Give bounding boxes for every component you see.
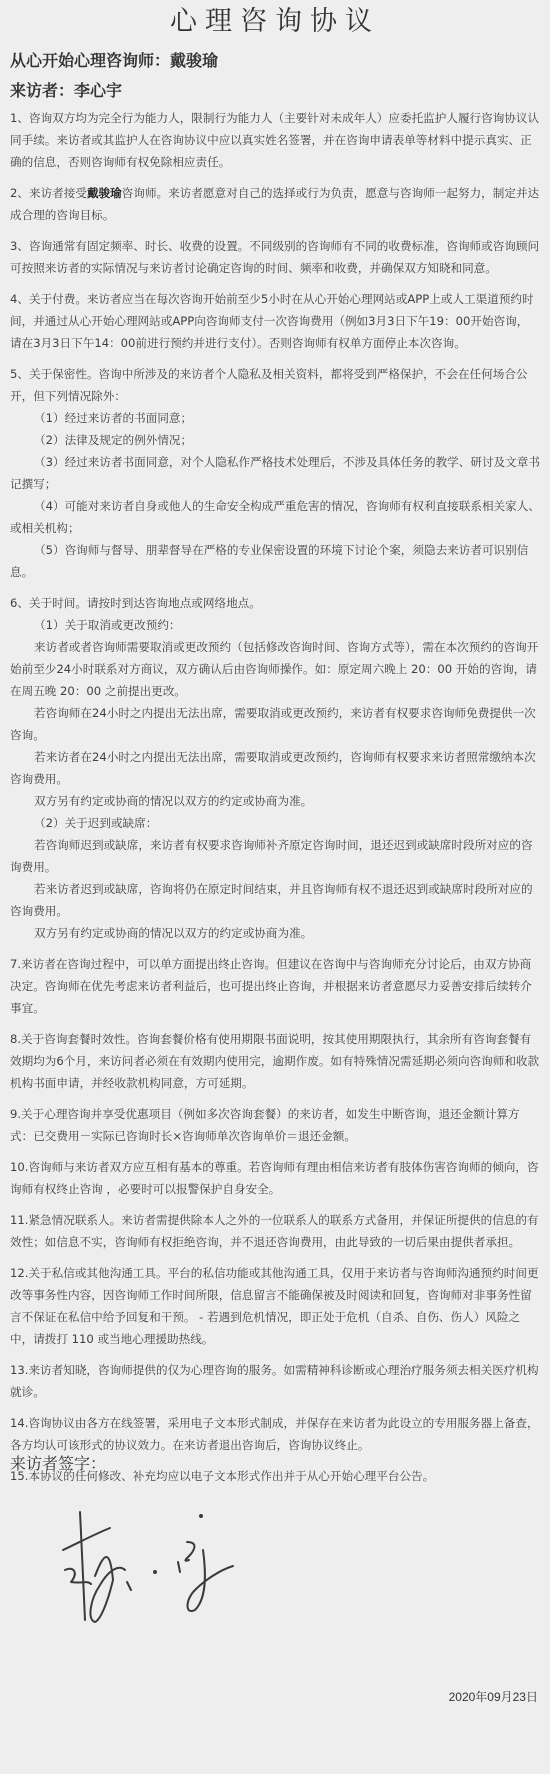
subsection-paragraph: 若咨询师迟到或缺席，来访者有权要求咨询师补齐原定咨询时间，退还迟到或缺席时段所对… <box>10 834 540 878</box>
subsection-paragraph: 双方另有约定或协商的情况以双方的约定或协商为准。 <box>10 790 540 812</box>
clause-8: 8.关于咨询套餐时效性。咨询套餐价格有使用期限书面说明，按其使用期限执行，其余所… <box>10 1028 540 1094</box>
clause-text: 9.关于心理咨询并享受优惠项目（例如多次咨询套餐）的来访者，如发生中断咨询，退还… <box>10 1103 540 1147</box>
subsection-paragraph: 来访者或者咨询师需要取消或更改预约（包括修改咨询时间、咨询方式等），需在本次预约… <box>10 636 540 702</box>
clause-text: 6、关于时间。请按时到达咨询地点或网络地点。 <box>10 592 540 614</box>
clause-9: 9.关于心理咨询并享受优惠项目（例如多次咨询套餐）的来访者，如发生中断咨询，退还… <box>10 1103 540 1147</box>
clause-text: 1、咨询双方均为完全行为能力人，限制行为能力人（主要针对未成年人）应委托监护人履… <box>10 107 540 173</box>
subsection-title: （1）关于取消或更改预约： <box>10 614 540 636</box>
clause-4: 4、关于付费。来访者应当在每次咨询开始前至少5小时在从心开始心理网站或APP上或… <box>10 288 540 354</box>
clause-text: 7.来访者在咨询过程中，可以单方面提出终止咨询。但建议在咨询中与咨询师充分讨论后… <box>10 953 540 1019</box>
confidentiality-exception: （2）法律及规定的例外情况； <box>10 429 540 451</box>
signature-label: 来访者签字： <box>10 1451 106 1474</box>
subsection-paragraph: 若来访者迟到或缺席，咨询将仍在原定时间结束，并且咨询师有权不退还迟到或缺席时段所… <box>10 878 540 922</box>
consultant-name: 戴骏瑜 <box>87 186 122 200</box>
clause-2: 2、来访者接受戴骏瑜咨询师。来访者愿意对自己的选择或行为负责，愿意与咨询师一起努… <box>10 182 540 226</box>
signature-date: 2020年09月23日 <box>449 1688 538 1705</box>
clause-13: 13.来访者知晓，咨询师提供的仅为心理咨询的服务。如需精神科诊断或心理治疗服务须… <box>10 1359 540 1403</box>
clause-text: 3、咨询通常有固定频率、时长、收费的设置。不同级别的咨询师有不同的收费标准，咨询… <box>10 235 540 279</box>
clause-5: 5、关于保密性。咨询中所涉及的来访者个人隐私及相关资料，都将受到严格保护，不会在… <box>10 363 540 583</box>
clause-text: 8.关于咨询套餐时效性。咨询套餐价格有使用期限书面说明，按其使用期限执行，其余所… <box>10 1028 540 1094</box>
consultant-heading: 从心开始心理咨询师：戴骏瑜 <box>10 48 218 71</box>
clause-12: 12.关于私信或其他沟通工具。平台的私信功能或其他沟通工具，仅用于来访者与咨询师… <box>10 1262 540 1350</box>
subsection-paragraph: 双方另有约定或协商的情况以双方的约定或协商为准。 <box>10 922 540 944</box>
document-title: 心理咨询协议 <box>10 4 540 40</box>
confidentiality-exception: （4）可能对来访者自身或他人的生命安全构成严重危害的情况，咨询师有权利直接联系相… <box>10 495 540 539</box>
clause-11: 11.紧急情况联系人。来访者需提供除本人之外的一位联系人的联系方式备用，并保证所… <box>10 1209 540 1253</box>
clause-text: 4、关于付费。来访者应当在每次咨询开始前至少5小时在从心开始心理网站或APP上或… <box>10 288 540 354</box>
clause-text-prefix: 2、来访者接受 <box>10 186 87 200</box>
confidentiality-exception: （3）经过来访者书面同意，对个人隐私作严格技术处理后，不涉及具体任务的教学、研讨… <box>10 451 540 495</box>
subsection-paragraph: 若咨询师在24小时之内提出无法出席，需要取消或更改预约，来访者有权要求咨询师免费… <box>10 702 540 746</box>
clause-text: 14.咨询协议由各方在线签署，采用电子文本形式制成，并保存在来访者为此设立的专用… <box>10 1412 540 1456</box>
agreement-document: 心理咨询协议 从心开始心理咨询师：戴骏瑜 来访者：李心宇 1、咨询双方均为完全行… <box>10 0 540 40</box>
handwritten-signature-icon <box>55 1510 265 1640</box>
clause-6: 6、关于时间。请按时到达咨询地点或网络地点。 （1）关于取消或更改预约： 来访者… <box>10 592 540 944</box>
confidentiality-exception: （5）咨询师与督导、朋辈督导在严格的专业保密设置的环境下讨论个案，须隐去来访者可… <box>10 539 540 583</box>
clause-text: 10.咨询师与来访者双方应互相有基本的尊重。若咨询师有理由相信来访者有肢体伤害咨… <box>10 1156 540 1200</box>
subsection-title: （2）关于迟到或缺席： <box>10 812 540 834</box>
confidentiality-exception: （1）经过来访者的书面同意； <box>10 407 540 429</box>
clause-text: 13.来访者知晓，咨询师提供的仅为心理咨询的服务。如需精神科诊断或心理治疗服务须… <box>10 1359 540 1403</box>
clause-1: 1、咨询双方均为完全行为能力人，限制行为能力人（主要针对未成年人）应委托监护人履… <box>10 107 540 173</box>
clause-text: 5、关于保密性。咨询中所涉及的来访者个人隐私及相关资料，都将受到严格保护，不会在… <box>10 363 540 407</box>
clause-text: 12.关于私信或其他沟通工具。平台的私信功能或其他沟通工具，仅用于来访者与咨询师… <box>10 1262 540 1350</box>
clause-text: 2、来访者接受戴骏瑜咨询师。来访者愿意对自己的选择或行为负责，愿意与咨询师一起努… <box>10 182 540 226</box>
agreement-clauses: 1、咨询双方均为完全行为能力人，限制行为能力人（主要针对未成年人）应委托监护人履… <box>10 107 540 1496</box>
clause-text: 11.紧急情况联系人。来访者需提供除本人之外的一位联系人的联系方式备用，并保证所… <box>10 1209 540 1253</box>
subsection-paragraph: 若来访者在24小时之内提出无法出席，需要取消或更改预约，咨询师有权要求来访者照常… <box>10 746 540 790</box>
clause-14: 14.咨询协议由各方在线签署，采用电子文本形式制成，并保存在来访者为此设立的专用… <box>10 1412 540 1456</box>
clause-3: 3、咨询通常有固定频率、时长、收费的设置。不同级别的咨询师有不同的收费标准，咨询… <box>10 235 540 279</box>
clause-10: 10.咨询师与来访者双方应互相有基本的尊重。若咨询师有理由相信来访者有肢体伤害咨… <box>10 1156 540 1200</box>
clause-7: 7.来访者在咨询过程中，可以单方面提出终止咨询。但建议在咨询中与咨询师充分讨论后… <box>10 953 540 1019</box>
visitor-heading: 来访者：李心宇 <box>10 78 122 101</box>
